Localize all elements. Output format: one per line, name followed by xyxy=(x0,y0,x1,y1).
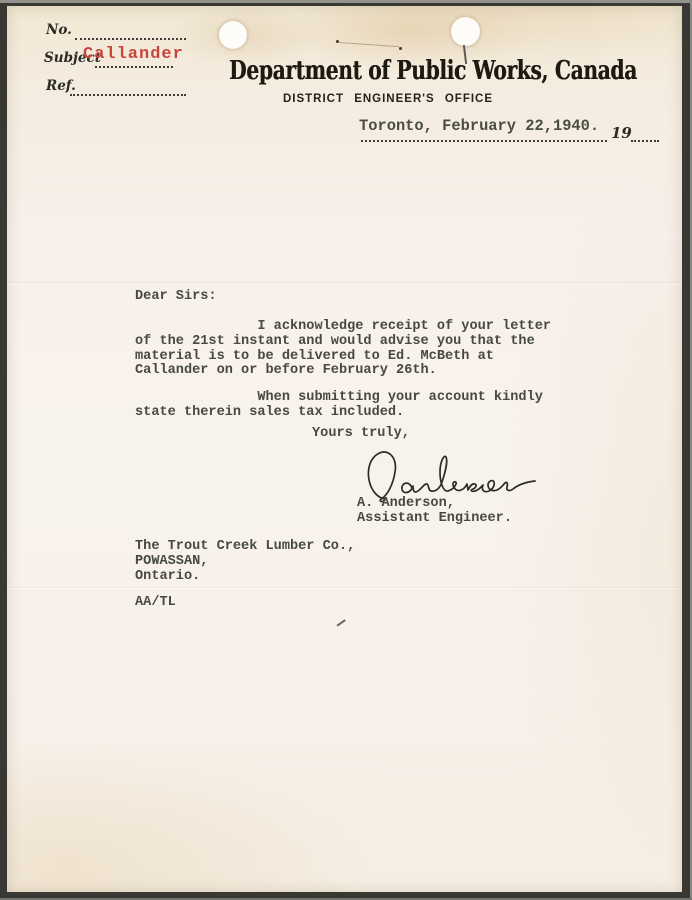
office-subtitle: DISTRICT ENGINEER'S OFFICE xyxy=(188,93,588,105)
body-line: state therein sales tax included. xyxy=(135,406,404,421)
scan-edge-top xyxy=(0,0,692,3)
closing: Yours truly, xyxy=(312,427,410,442)
no-label: No. xyxy=(46,22,72,38)
recipient-line: POWASSAN, xyxy=(135,555,208,570)
staple-mark xyxy=(399,47,402,50)
fold-crease xyxy=(7,283,682,284)
scanned-letter-page: No. Subject Callander Ref. Department of… xyxy=(0,0,692,900)
no-dotted-line xyxy=(75,26,186,40)
salutation: Dear Sirs: xyxy=(135,290,217,305)
body-line: I acknowledge receipt of your letter xyxy=(135,320,551,335)
hole-punch xyxy=(451,17,480,46)
recipient-line: The Trout Creek Lumber Co., xyxy=(135,540,355,555)
date-dotted-line xyxy=(361,128,607,142)
department-title: Department of Public Works, Canada xyxy=(229,56,541,86)
subject-value: Callander xyxy=(83,48,184,63)
typed-signer-title: Assistant Engineer. xyxy=(357,512,512,527)
body-line: When submitting your account kindly xyxy=(135,391,543,406)
ref-dotted-line xyxy=(70,82,186,96)
body-line: of the 21st instant and would advise you… xyxy=(135,335,535,350)
year-dotted-line xyxy=(631,128,659,142)
fold-crease xyxy=(7,588,682,589)
recipient-line: Ontario. xyxy=(135,570,200,585)
reference-initials: AA/TL xyxy=(135,596,176,611)
hole-punch xyxy=(219,21,247,49)
year-stub: 19 xyxy=(611,124,632,142)
body-line: Callander on or before February 26th. xyxy=(135,364,437,379)
typed-signer-name: A. Anderson, xyxy=(357,497,455,512)
